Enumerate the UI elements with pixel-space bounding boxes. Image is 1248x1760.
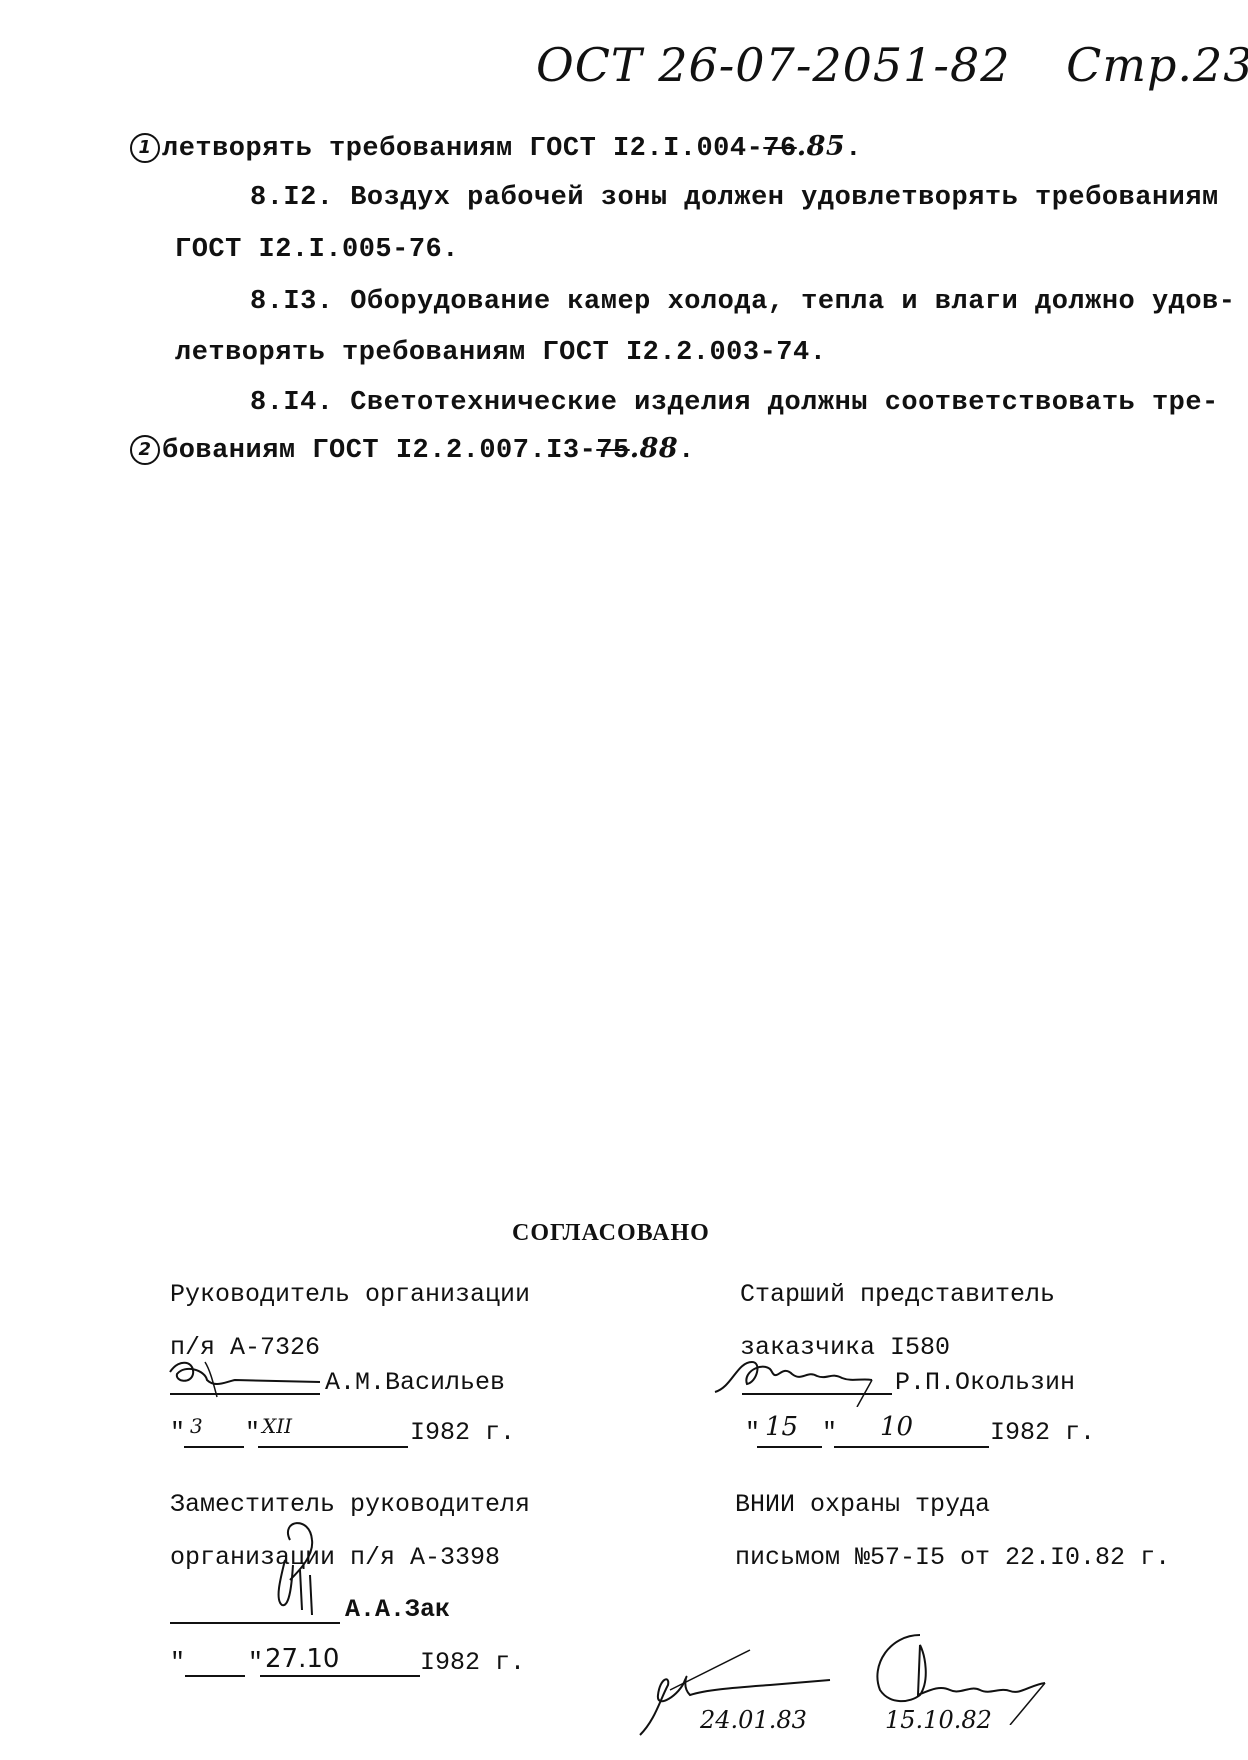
left-2-name: А.А.Зак	[345, 1595, 450, 1624]
struck-text: 76	[763, 134, 796, 164]
signature-line	[170, 1622, 340, 1624]
left-1-date-month: ХІІ	[262, 1414, 292, 1438]
left-1-name: А.М.Васильев	[325, 1368, 505, 1397]
page-header: ОСТ 26-07-2051-82 Стр.23	[536, 38, 1248, 92]
paragraph-8-13-cont: летворять требованиям ГОСТ I2.2.003-74.	[175, 338, 826, 368]
quote-mark: "	[245, 1418, 260, 1447]
date-day-line	[185, 1675, 245, 1677]
body-line-1: 1летворять требованиям ГОСТ I2.I.004-76.…	[130, 131, 862, 164]
left-1-date: "	[170, 1418, 185, 1447]
right-1-name: Р.П.Окользин	[895, 1368, 1075, 1397]
right-2-letter: письмом №57-I5 от 22.I0.82 г.	[735, 1543, 1170, 1572]
left-1-date-year: I982 г.	[410, 1418, 515, 1447]
quote-mark: "	[822, 1418, 837, 1447]
signature-line	[170, 1393, 320, 1395]
handwritten-correction: .85	[797, 131, 845, 162]
bottom-signature-2-date: 15.10.82	[885, 1706, 992, 1734]
approval-title: СОГЛАСОВАНО	[512, 1220, 710, 1247]
left-1-role: Руководитель организации	[170, 1280, 530, 1309]
right-2-org: ВНИИ охраны труда	[735, 1490, 990, 1519]
left-2-date-month: 27.10	[265, 1644, 339, 1674]
revision-marker-2: 2	[130, 435, 160, 465]
quote-mark: "	[745, 1418, 760, 1447]
date-month-line	[260, 1675, 420, 1677]
paragraph-8-12-cont: ГОСТ I2.I.005-76.	[175, 235, 459, 265]
quote-mark: "	[170, 1648, 185, 1677]
date-day-line	[757, 1446, 822, 1448]
left-1-date-day: 3	[190, 1414, 203, 1438]
left-2-date-year: I982 г.	[420, 1648, 525, 1677]
revision-marker-1: 1	[130, 133, 160, 163]
paragraph-8-13: 8.I3. Оборудование камер холода, тепла и…	[250, 287, 1235, 317]
paragraph-8-12: 8.I2. Воздух рабочей зоны должен удовлет…	[250, 183, 1219, 213]
date-day-line	[184, 1446, 244, 1448]
signature-zak-icon	[260, 1520, 350, 1630]
left-2-role: Заместитель руководителя	[170, 1490, 530, 1519]
date-month-line	[834, 1446, 989, 1448]
quote-mark: "	[248, 1648, 263, 1677]
paragraph-8-14: 8.I4. Светотехнические изделия должны со…	[250, 388, 1219, 418]
date-month-line	[258, 1446, 408, 1448]
document-page: ОСТ 26-07-2051-82 Стр.23 1летворять треб…	[0, 0, 1248, 1760]
right-1-role: Старший представитель	[740, 1280, 1055, 1309]
handwritten-correction: .88	[630, 433, 678, 464]
page-number: Стр.23	[1066, 38, 1248, 92]
doc-code: ОСТ 26-07-2051-82	[536, 38, 1011, 92]
paragraph-8-14-cont: 2бованиям ГОСТ I2.2.007.I3-75.88.	[130, 433, 695, 466]
right-1-date-year: I982 г.	[990, 1418, 1095, 1447]
signature-okolzin-icon	[712, 1352, 892, 1407]
right-1-date-day: 15	[765, 1412, 798, 1442]
bottom-signature-1-date: 24.01.83	[700, 1706, 807, 1734]
signature-line	[742, 1393, 892, 1395]
right-1-date-month: 10	[880, 1412, 913, 1442]
struck-text: 75	[596, 436, 629, 466]
